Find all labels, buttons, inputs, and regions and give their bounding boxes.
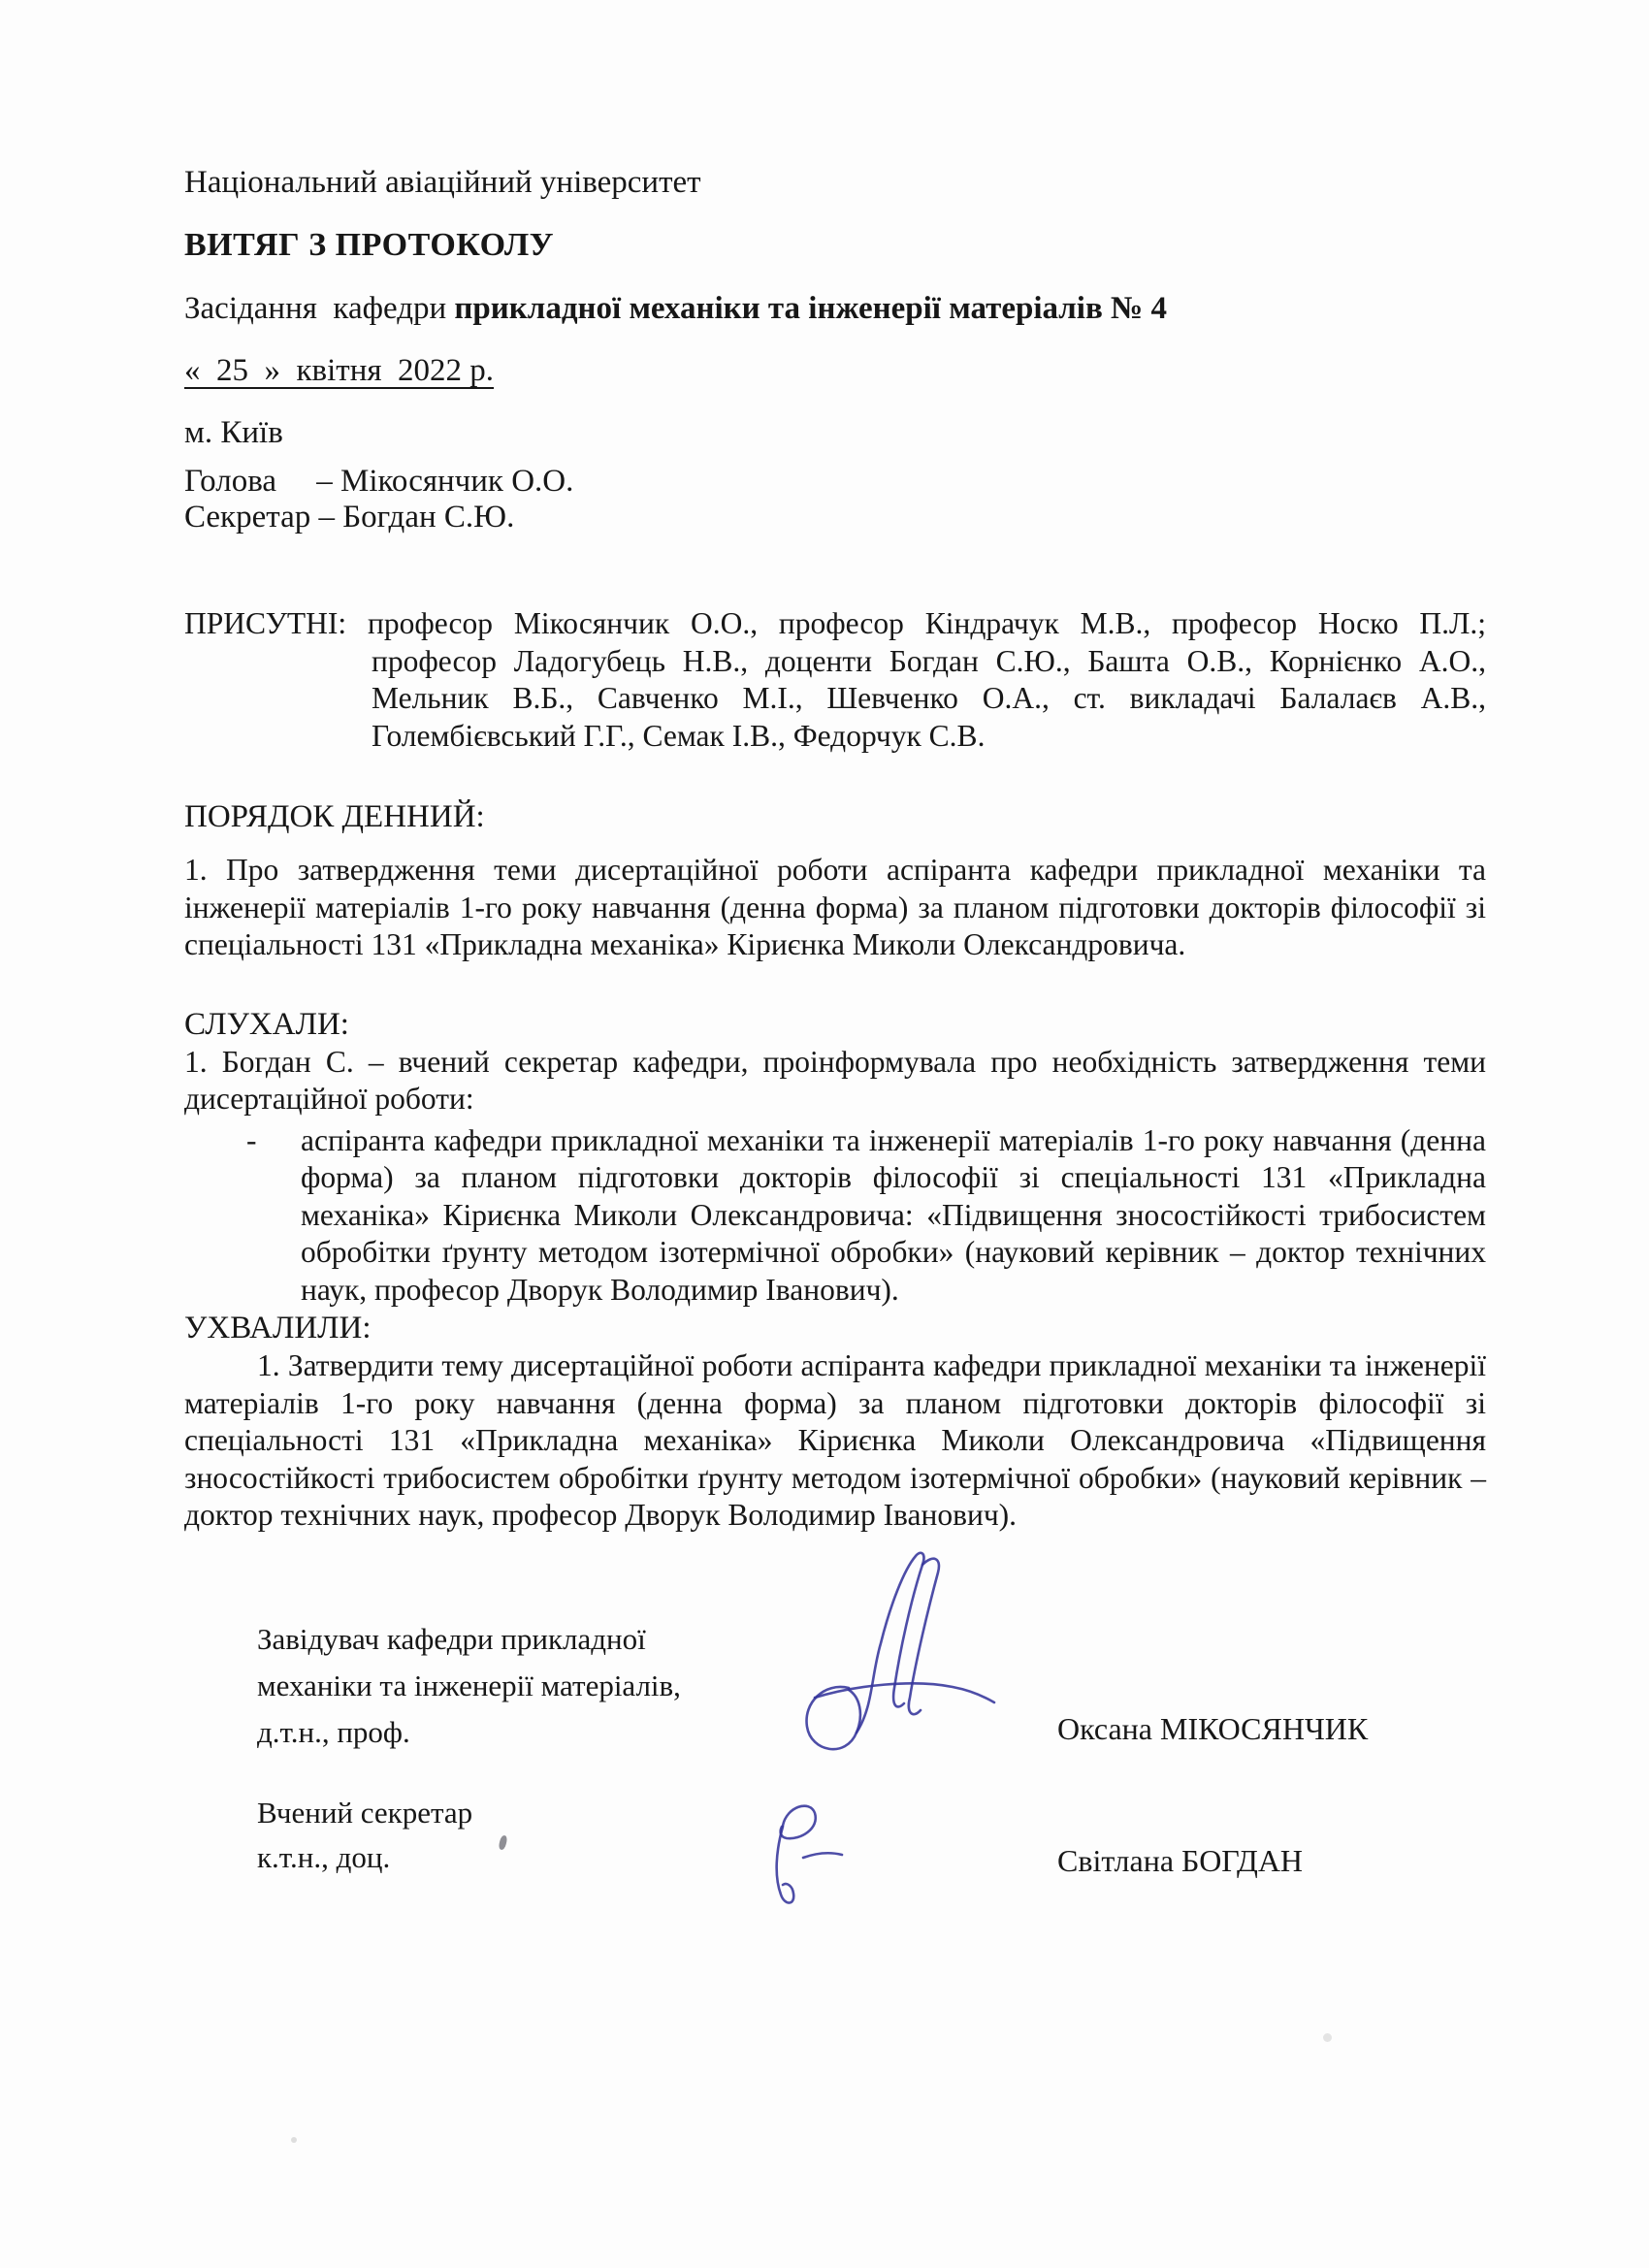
chair-line: Голова – Мікосянчик О.О.	[184, 464, 1486, 500]
position-line: механіки та інженерії матеріалів,	[257, 1663, 1486, 1709]
signature-block: Завідувач кафедри прикладної механіки та…	[184, 1616, 1486, 1880]
session-prefix: Засідання кафедри	[184, 291, 454, 326]
resolved-heading: УХВАЛИЛИ:	[184, 1309, 1486, 1347]
scan-speck	[291, 2137, 297, 2143]
attendees-paragraph: ПРИСУТНІ: професор Мікосянчик О.О., проф…	[184, 605, 1486, 755]
secretary-signature-row: Вчений секретар к.т.н., доц. Світлана БО…	[257, 1791, 1486, 1880]
date-value: « 25 » квітня 2022 р.	[184, 353, 494, 388]
scan-speck	[1323, 2033, 1332, 2042]
heard-heading: СЛУХАЛИ:	[184, 1005, 1486, 1044]
position-line: Вчений секретар	[257, 1791, 1486, 1835]
document-content: Національний авіаційний університет ВИТЯ…	[184, 163, 1486, 1880]
position-line: Завідувач кафедри прикладної	[257, 1616, 1486, 1663]
document-title: ВИТЯГ З ПРОТОКОЛУ	[184, 225, 1486, 266]
bullet-marker: -	[184, 1122, 301, 1310]
heard-intro: 1. Богдан С. – вчений секретар кафедри, …	[184, 1044, 1486, 1118]
heard-bullet-text: аспіранта кафедри прикладної механіки та…	[301, 1122, 1486, 1310]
attendees-label: ПРИСУТНІ:	[184, 606, 346, 640]
department-head-name: Оксана МІКОСЯНЧИК	[1057, 1709, 1368, 1748]
heard-bullet-item: - аспіранта кафедри прикладної механіки …	[184, 1122, 1486, 1310]
agenda-heading: ПОРЯДОК ДЕННИЙ:	[184, 797, 1486, 836]
attendees-list: професор Мікосянчик О.О., професор Кіндр…	[368, 606, 1486, 753]
department-head-signature-row: Завідувач кафедри прикладної механіки та…	[257, 1616, 1486, 1756]
secretary-line: Секретар – Богдан С.Ю.	[184, 500, 1486, 535]
university-name: Національний авіаційний університет	[184, 163, 1486, 202]
agenda-item: 1. Про затвердження теми дисертаційної р…	[184, 852, 1486, 964]
scanned-protocol-page: Національний авіаційний університет ВИТЯ…	[0, 0, 1649, 2268]
city-line: м. Київ	[184, 413, 1486, 452]
date-line: « 25 » квітня 2022 р.	[184, 351, 1486, 390]
session-department: прикладної механіки та інженерії матеріа…	[454, 291, 1167, 326]
secretary-name: Світлана БОГДАН	[1057, 1841, 1303, 1880]
session-line: Засідання кафедри прикладної механіки та…	[184, 289, 1486, 328]
resolved-text: 1. Затвердити тему дисертаційної роботи …	[184, 1347, 1486, 1535]
